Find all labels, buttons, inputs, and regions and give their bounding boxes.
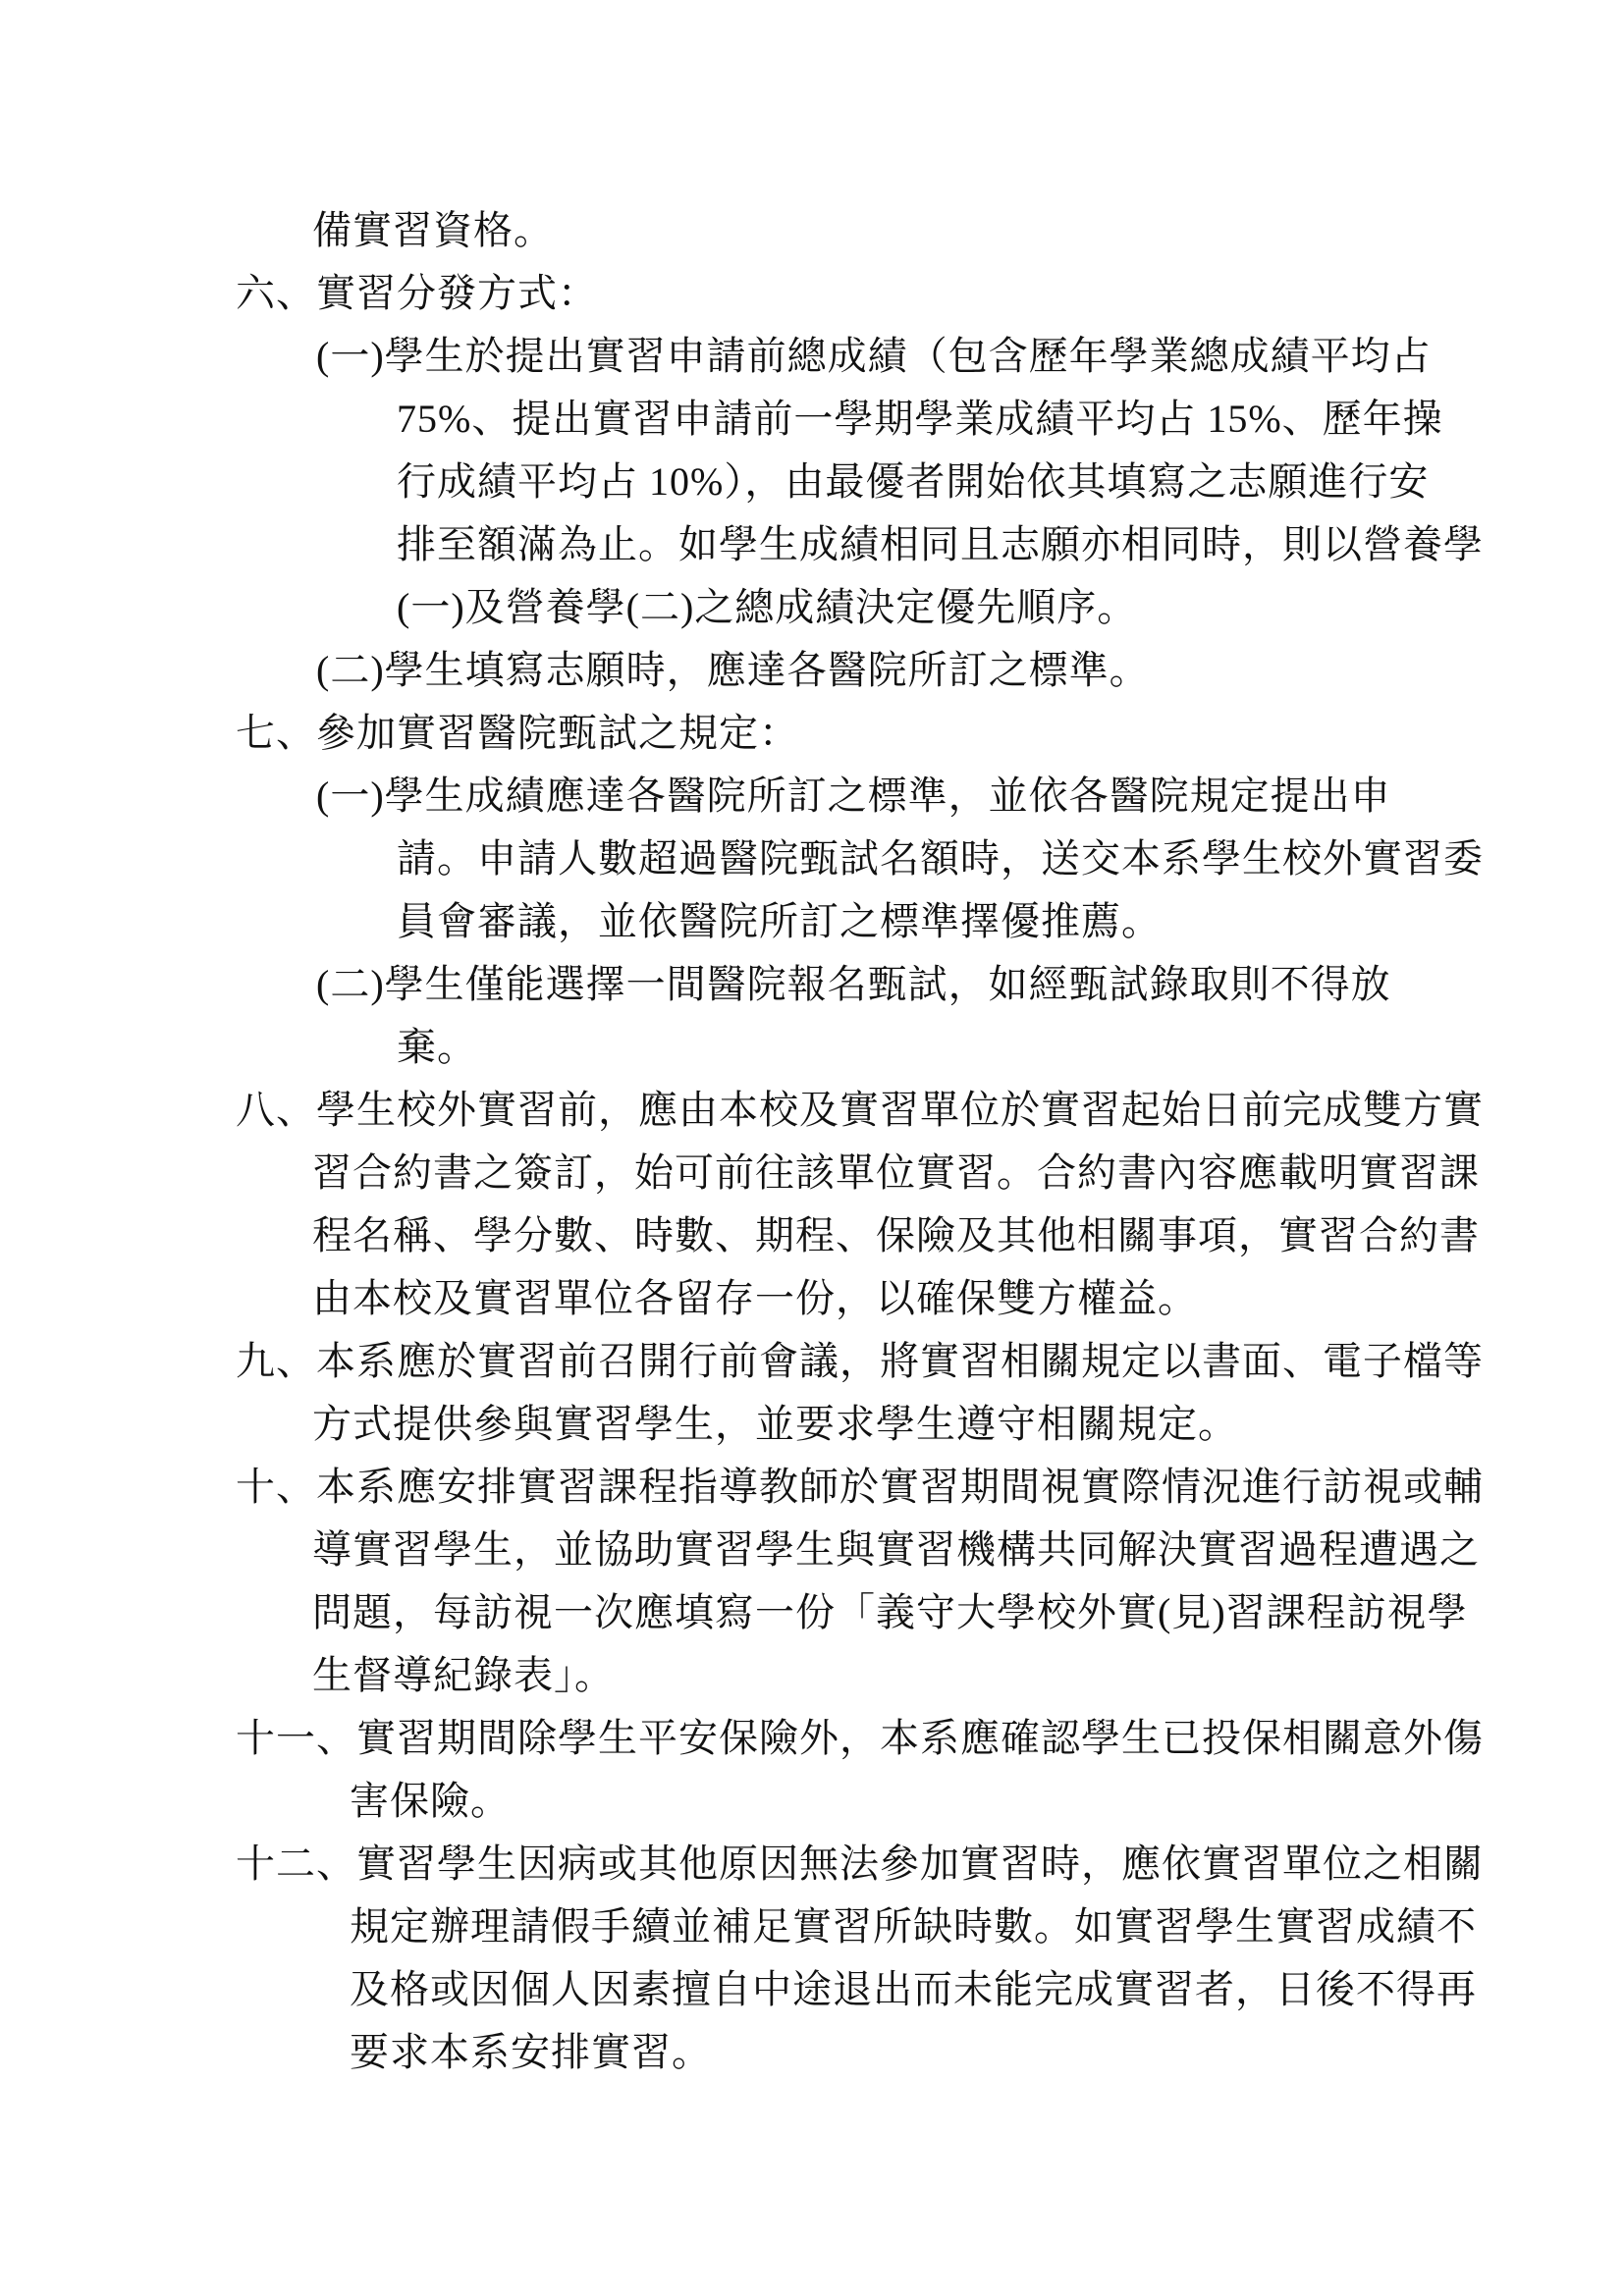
- text-line: 及格或因個人因素擅自中途退出而未能完成實習者，日後不得再: [350, 1958, 1624, 2021]
- text-line: (一)學生於提出實習申請前總成績（包含歷年學業總成績平均占: [316, 325, 1624, 388]
- text-line: 十、本系應安排實習課程指導教師於實習期間視實際情況進行訪視或輔: [236, 1456, 1624, 1519]
- text-line: (一)學生成績應達各醫院所訂之標準，並依各醫院規定提出申: [316, 765, 1624, 828]
- text-line: 害保險。: [350, 1770, 1624, 1833]
- text-line: 棄。: [397, 1016, 1624, 1079]
- text-line: 八、學生校外實習前，應由本校及實習單位於實習起始日前完成雙方實: [236, 1079, 1624, 1142]
- text-line: 十一、實習期間除學生平安保險外，本系應確認學生已投保相關意外傷: [236, 1707, 1624, 1770]
- text-line: 員會審議，並依醫院所訂之標準擇優推薦。: [397, 890, 1624, 953]
- text-line: (一)及營養學(二)之總成績決定優先順序。: [397, 576, 1624, 639]
- text-line: 排至額滿為止。如學生成績相同且志願亦相同時，則以營養學: [397, 513, 1624, 576]
- text-line: 十二、實習學生因病或其他原因無法參加實習時，應依實習單位之相關: [236, 1833, 1624, 1896]
- text-line: 行成績平均占 10%），由最優者開始依其填寫之志願進行安: [397, 451, 1624, 513]
- text-line: 請。申請人數超過醫院甄試名額時，送交本系學生校外實習委: [397, 828, 1624, 890]
- text-line: 七、參加實習醫院甄試之規定：: [236, 702, 1624, 765]
- text-line: 備實習資格。: [312, 199, 1624, 262]
- text-line: 九、本系應於實習前召開行前會議，將實習相關規定以書面、電子檔等: [236, 1330, 1624, 1393]
- text-line: 75%、提出實習申請前一學期學業成績平均占 15%、歷年操: [397, 388, 1624, 451]
- text-line: (二)學生僅能選擇一間醫院報名甄試，如經甄試錄取則不得放: [316, 953, 1624, 1016]
- text-line: 導實習學生，並協助實習學生與實習機構共同解決實習過程遭遇之: [312, 1519, 1624, 1581]
- text-line: 要求本系安排實習。: [350, 2021, 1624, 2084]
- text-line: 六、實習分發方式：: [236, 262, 1624, 325]
- text-line: 規定辦理請假手續並補足實習所缺時數。如實習學生實習成績不: [350, 1896, 1624, 1958]
- text-line: 生督導紀錄表」。: [312, 1644, 1624, 1707]
- text-line: 方式提供參與實習學生，並要求學生遵守相關規定。: [312, 1393, 1624, 1456]
- text-line: 程名稱、學分數、時數、期程、保險及其他相關事項，實習合約書: [312, 1204, 1624, 1267]
- document-page: 備實習資格。六、實習分發方式：(一)學生於提出實習申請前總成績（包含歷年學業總成…: [0, 0, 1624, 2296]
- text-line: 習合約書之簽訂，始可前往該單位實習。合約書內容應載明實習課: [312, 1142, 1624, 1204]
- text-line: 問題，每訪視一次應填寫一份「義守大學校外實(見)習課程訪視學: [312, 1581, 1624, 1644]
- text-line: (二)學生填寫志願時，應達各醫院所訂之標準。: [316, 639, 1624, 702]
- text-block: 備實習資格。六、實習分發方式：(一)學生於提出實習申請前總成績（包含歷年學業總成…: [0, 199, 1624, 2084]
- text-line: 由本校及實習單位各留存一份，以確保雙方權益。: [312, 1267, 1624, 1330]
